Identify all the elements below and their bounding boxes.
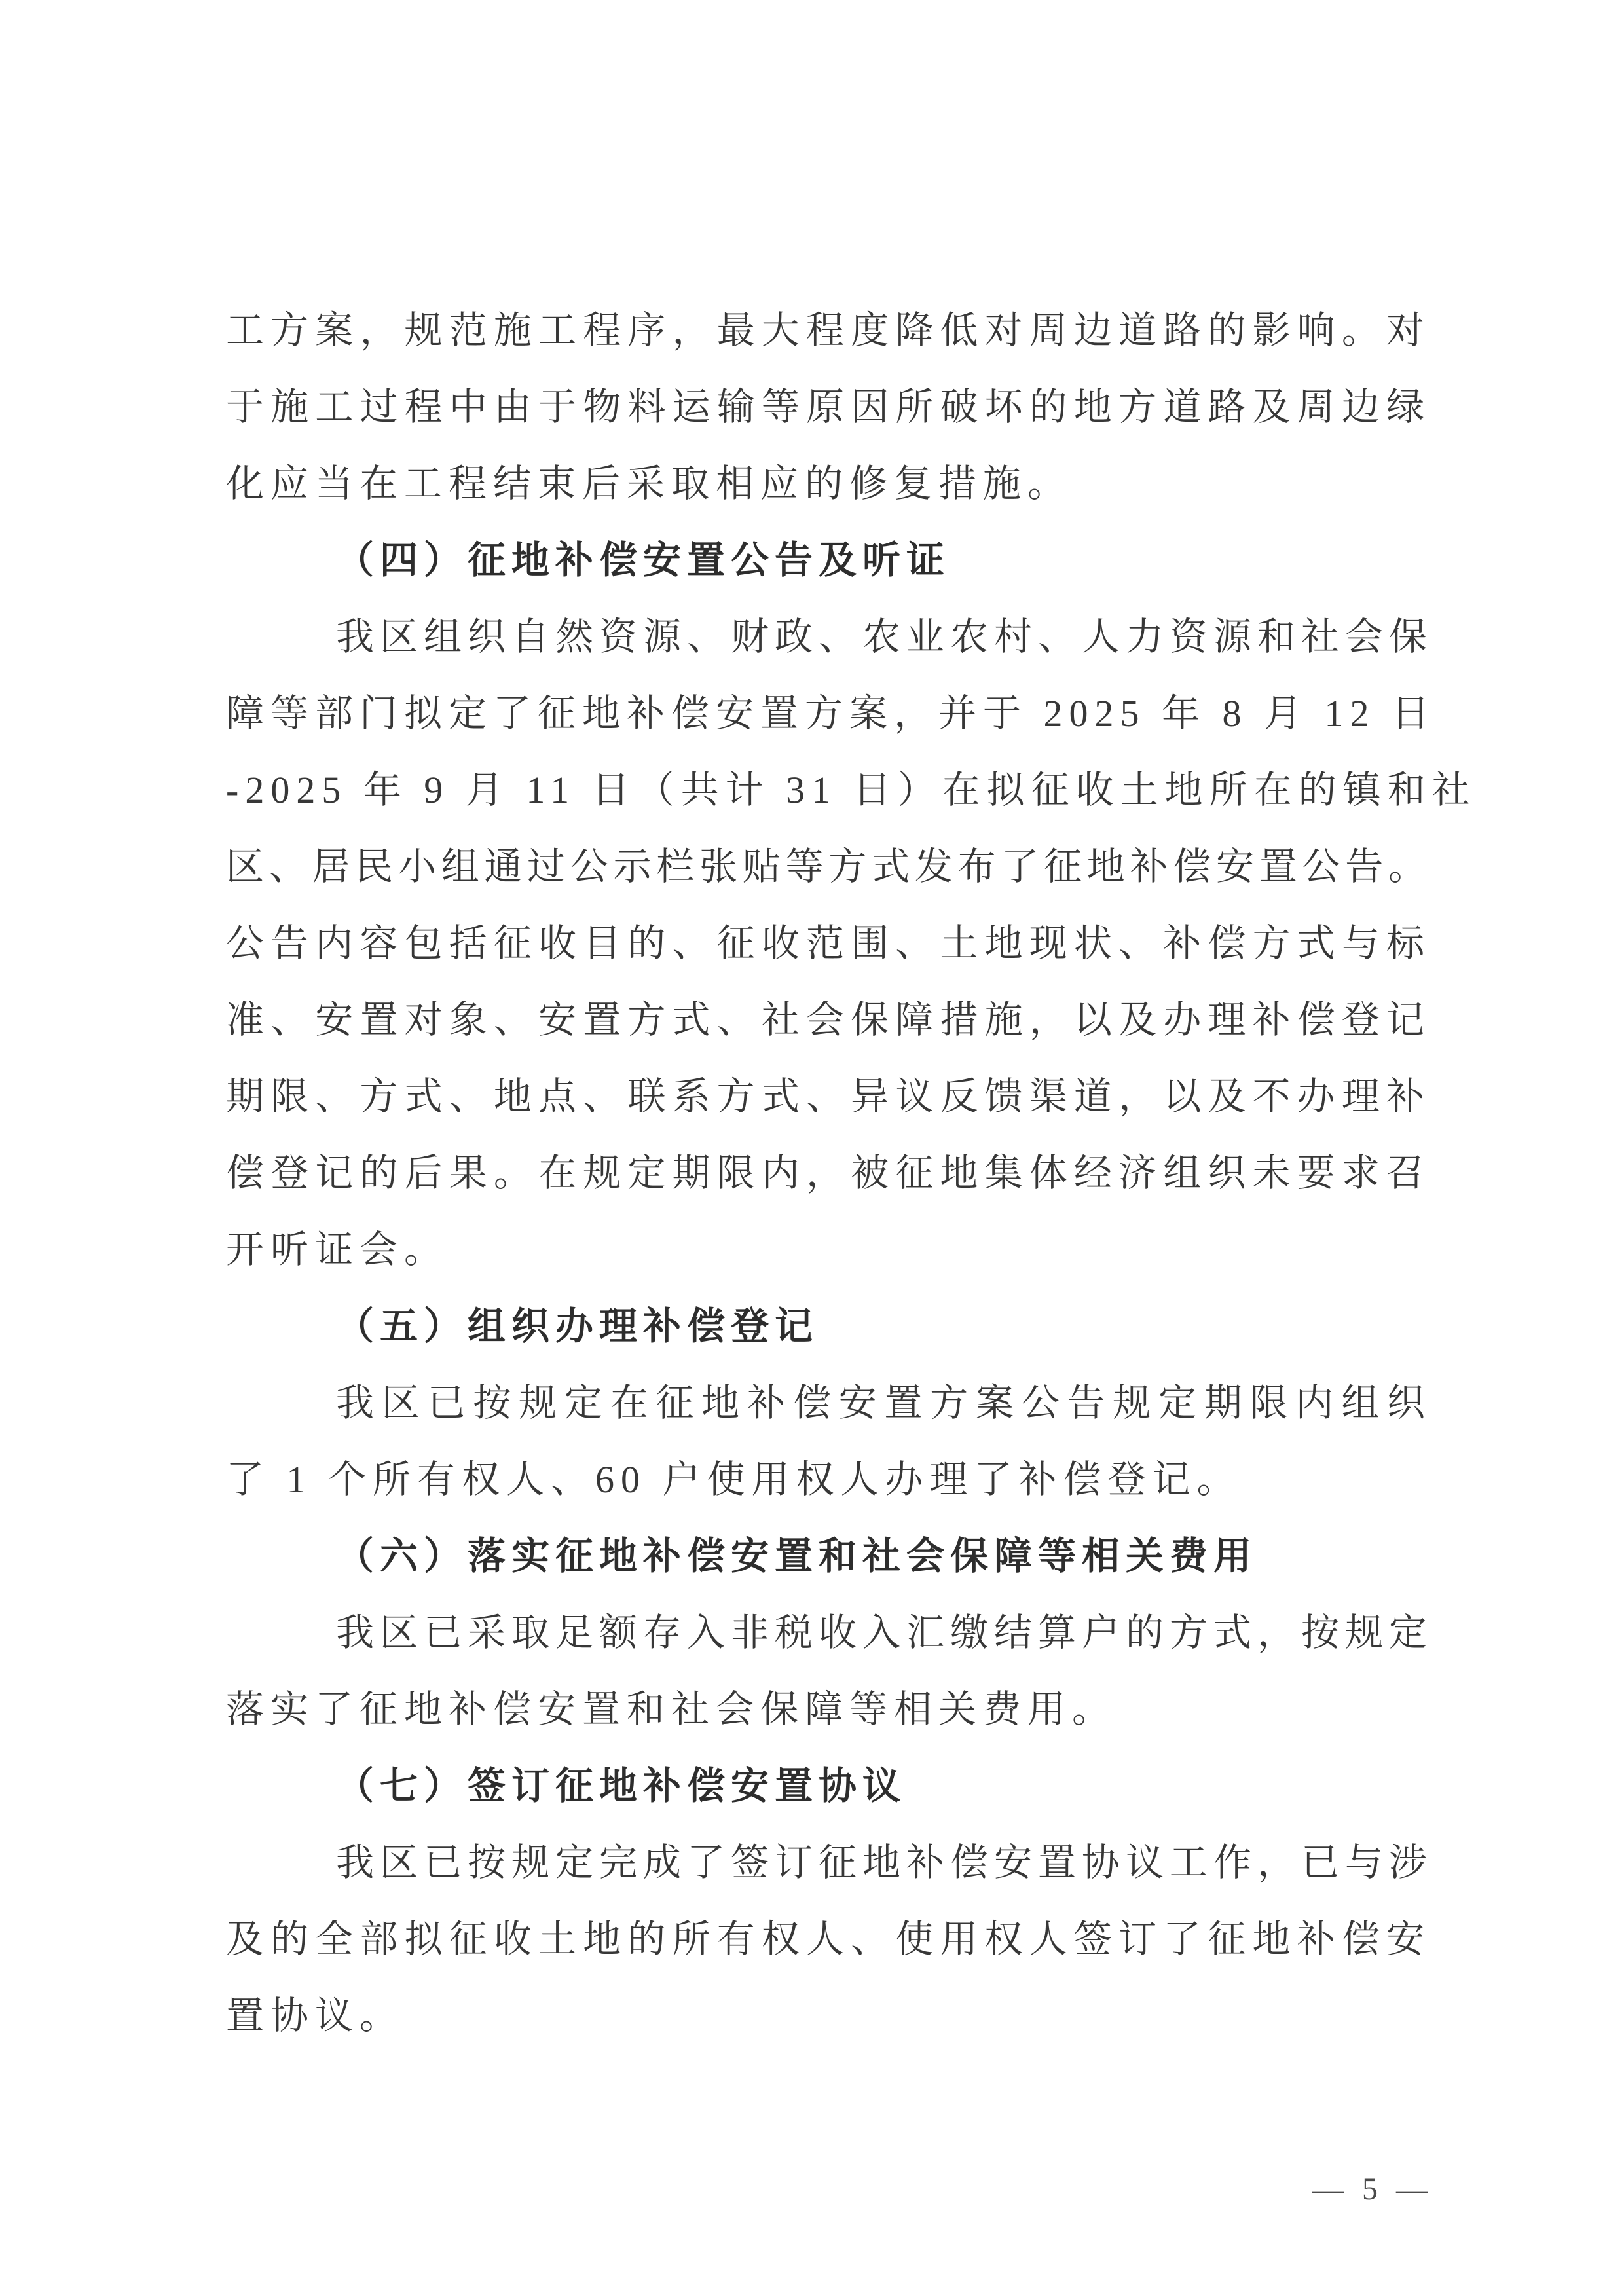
text-line: 开听证会。 — [226, 1211, 1431, 1288]
text-line: 及的全部拟征收土地的所有权人、使用权人签订了征地补偿安 — [226, 1901, 1431, 1977]
text-line: 落实了征地补偿安置和社会保障等相关费用。 — [226, 1671, 1431, 1748]
document-body: 工方案，规范施工程序，最大程度降低对周边道路的影响。对 于施工过程中由于物料运输… — [226, 292, 1431, 2054]
text-line: 我区已按规定完成了签订征地补偿安置协议工作，已与涉 — [226, 1824, 1431, 1901]
text-line: -2025 年 9 月 11 日（共计 31 日）在拟征收土地所在的镇和社 — [226, 752, 1431, 828]
text-line: 于施工过程中由于物料运输等原因所破坏的地方道路及周边绿 — [226, 369, 1431, 445]
section-heading: （七）签订征地补偿安置协议 — [226, 1748, 1431, 1824]
section-heading: （六）落实征地补偿安置和社会保障等相关费用 — [226, 1518, 1431, 1594]
text-line: 障等部门拟定了征地补偿安置方案，并于 2025 年 8 月 12 日 — [226, 675, 1431, 752]
section-heading: （五）组织办理补偿登记 — [226, 1288, 1431, 1365]
section-heading: （四）征地补偿安置公告及听证 — [226, 522, 1431, 598]
document-page: 工方案，规范施工程序，最大程度降低对周边道路的影响。对 于施工过程中由于物料运输… — [0, 0, 1624, 2295]
text-line: 我区已按规定在征地补偿安置方案公告规定期限内组织 — [226, 1365, 1431, 1441]
text-line: 我区已采取足额存入非税收入汇缴结算户的方式，按规定 — [226, 1594, 1431, 1671]
text-line: 我区组织自然资源、财政、农业农村、人力资源和社会保 — [226, 598, 1431, 675]
text-line: 公告内容包括征收目的、征收范围、土地现状、补偿方式与标 — [226, 905, 1431, 982]
text-line: 化应当在工程结束后采取相应的修复措施。 — [226, 445, 1431, 522]
page-number: — 5 — — [1312, 2173, 1433, 2207]
text-line: 期限、方式、地点、联系方式、异议反馈渠道，以及不办理补 — [226, 1058, 1431, 1135]
text-line: 置协议。 — [226, 1977, 1431, 2054]
text-line: 区、居民小组通过公示栏张贴等方式发布了征地补偿安置公告。 — [226, 828, 1431, 905]
text-line: 偿登记的后果。在规定期限内，被征地集体经济组织未要求召 — [226, 1135, 1431, 1211]
text-line: 准、安置对象、安置方式、社会保障措施，以及办理补偿登记 — [226, 982, 1431, 1058]
text-line: 工方案，规范施工程序，最大程度降低对周边道路的影响。对 — [226, 292, 1431, 369]
text-line: 了 1 个所有权人、60 户使用权人办理了补偿登记。 — [226, 1441, 1431, 1518]
